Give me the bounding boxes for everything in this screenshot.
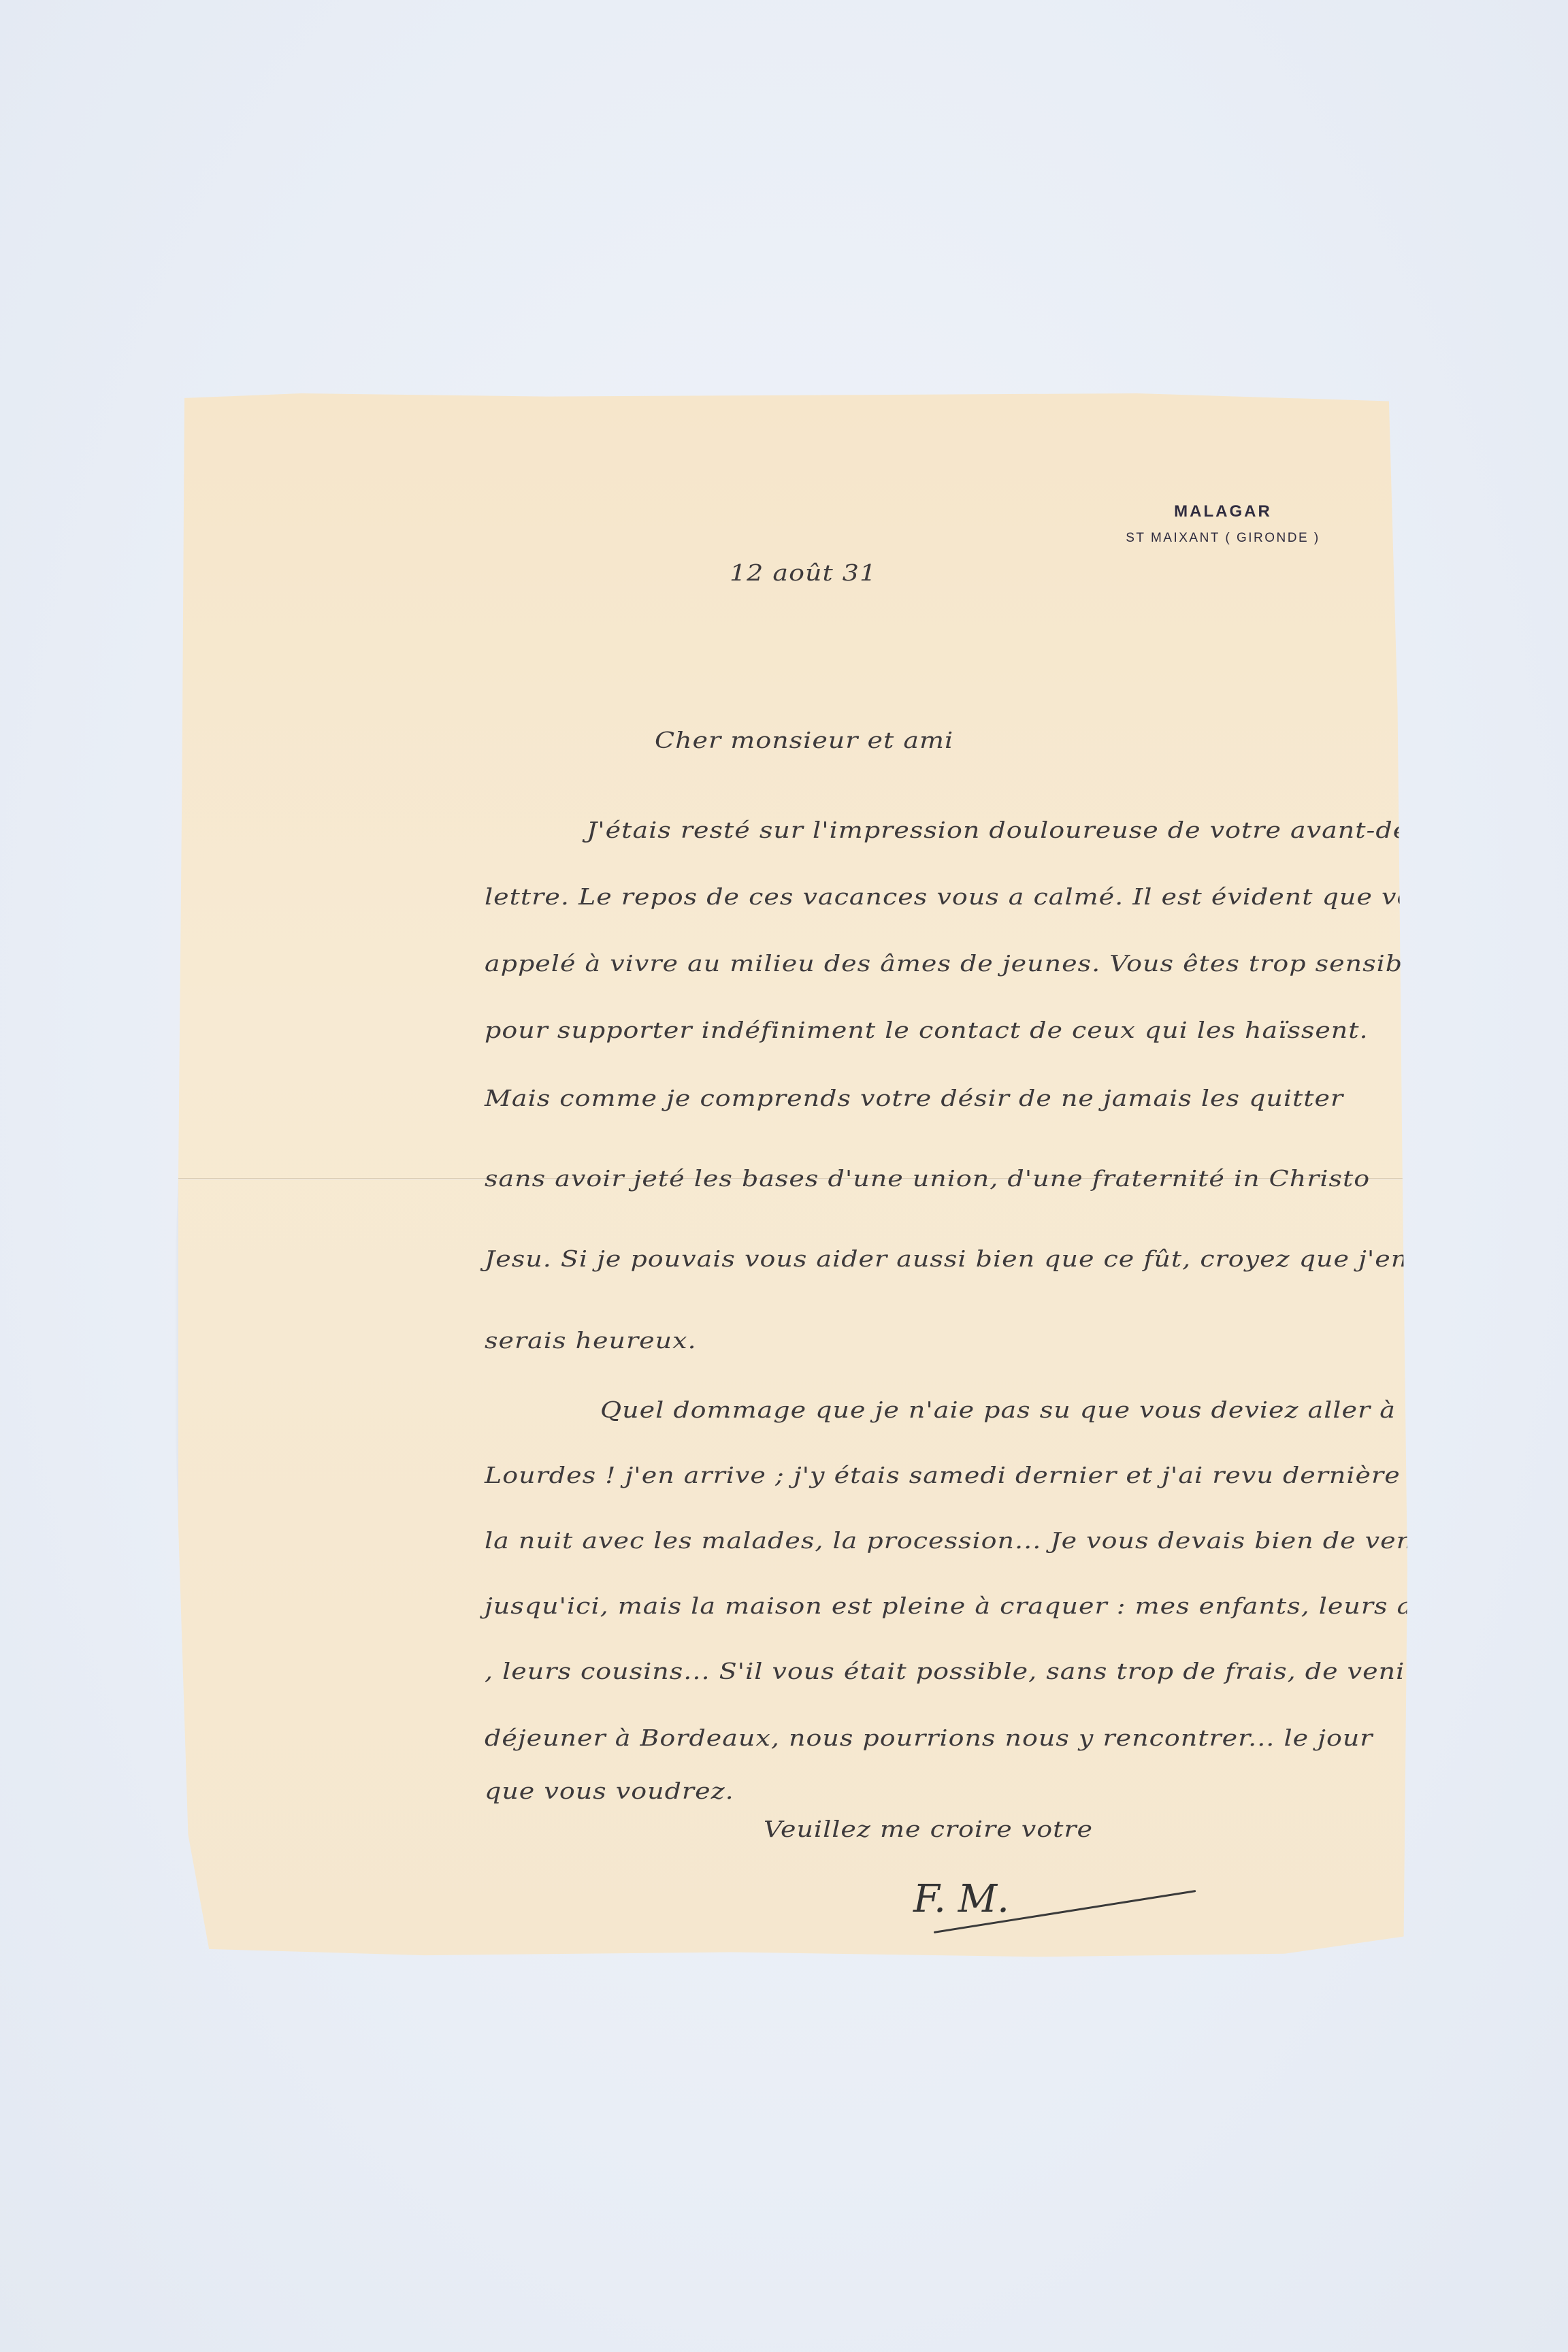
letter-line: J'étais resté sur l'impression douloureu… [587,817,1493,843]
letter-line: sans avoir jeté les bases d'une union, d… [485,1166,1370,1191]
letter-line: Jesu. Si je pouvais vous aider aussi bie… [485,1246,1408,1271]
letter-line: lettre. Le repos de ces vacances vous a … [485,884,1510,909]
letter-line: pour supporter indéfiniment le contact d… [485,1017,1369,1043]
letter-line: , leurs cousins... S'il vous était possi… [485,1659,1418,1684]
signature: F. M. [913,1877,1009,1921]
letterhead-name: MALAGAR [1080,502,1366,521]
letter-date: 12 août 31 [730,560,877,585]
letter-sheet: MALAGAR ST MAIXANT ( GIRONDE ) 12 août 3… [178,393,1407,1960]
letter-line: appelé à vivre au milieu des âmes de jeu… [485,951,1428,976]
letter-line: Mais comme je comprends votre désir de n… [485,1085,1343,1111]
letter-line: déjeuner à Bordeaux, nous pourrions nous… [485,1725,1373,1750]
letter-salutation: Cher monsieur et ami [655,728,953,753]
letter-line: la nuit avec les malades, la procession.… [485,1528,1435,1553]
letter-line: jusqu'ici, mais la maison est pleine à c… [485,1593,1461,1618]
letter-line: que vous voudrez. [485,1778,734,1803]
letterhead: MALAGAR ST MAIXANT ( GIRONDE ) [1080,502,1366,546]
letterhead-place: ST MAIXANT ( GIRONDE ) [1080,531,1366,546]
letter-line: Quel dommage que je n'aie pas su que vou… [600,1397,1396,1422]
letter-line: serais heureux. [485,1328,697,1353]
letter-line: Lourdes ! j'en arrive ; j'y étais samedi… [485,1463,1401,1488]
letter-closing: Veuillez me croire votre [764,1816,1093,1842]
